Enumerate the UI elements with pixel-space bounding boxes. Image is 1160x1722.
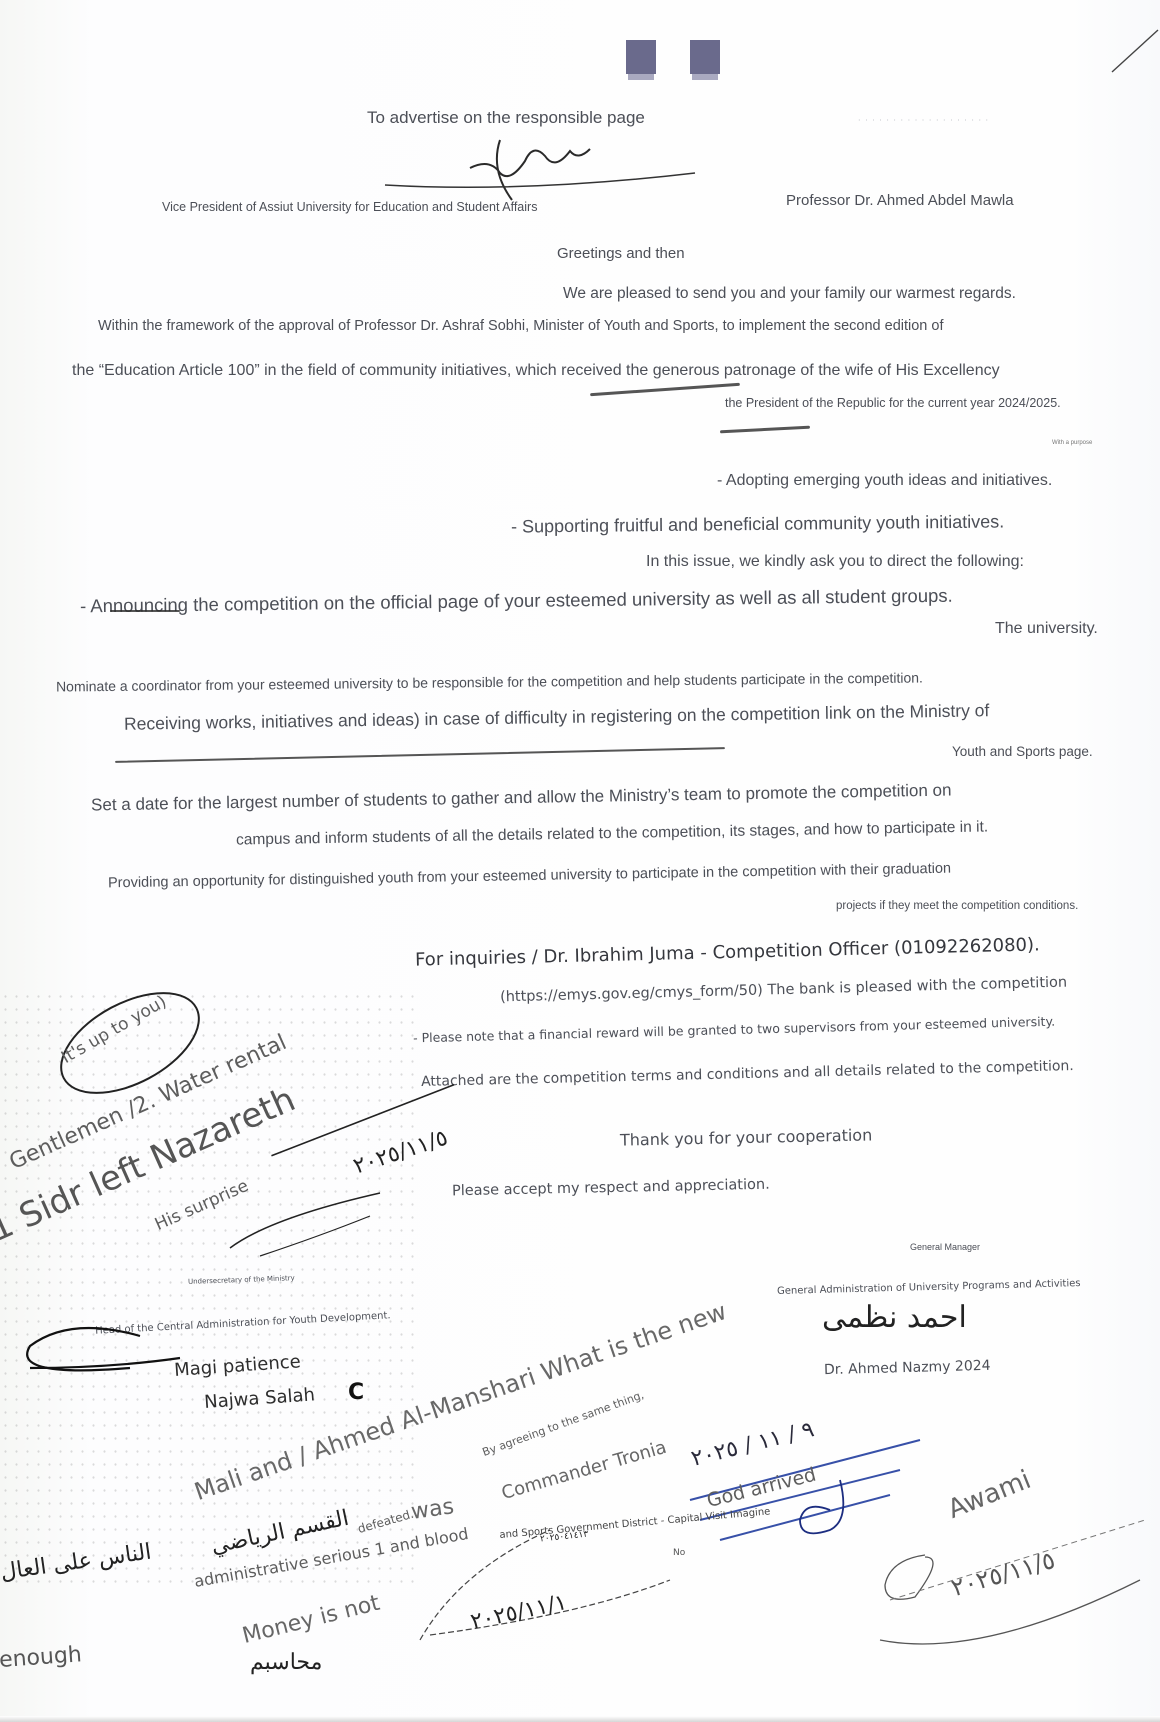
gm-title: General Manager [910, 1242, 980, 1252]
gm-handwritten-signature: ﺍﺣﻤﺪ ﻧﻈﻤﻰ [822, 1300, 967, 1335]
recipient-title: Vice President of Assiut University for … [162, 200, 537, 214]
annotation-no: No [673, 1548, 685, 1558]
inquiries-line: For inquiries / Dr. Ibrahim Juma - Compe… [415, 934, 1040, 970]
page-bottom-edge [0, 1716, 1160, 1722]
to-line: To advertise on the responsible page [367, 108, 645, 128]
request-date-line-2: campus and inform students of all the de… [236, 818, 988, 849]
request-announce: - Announcing the competition on the offi… [80, 585, 953, 618]
request-announce-tail: The university. [995, 620, 1098, 638]
annotation-commander: Commander Tronia [499, 1437, 669, 1504]
intro-line-2: the “Education Article 100” in the field… [72, 362, 1000, 380]
intro-line-1: Within the framework of the approval of … [98, 318, 943, 334]
annotation-sports-district: and Sports Government District - Capital… [499, 1506, 771, 1541]
annotation-awami: Awami [944, 1465, 1035, 1525]
annotation-money: Money is not [240, 1591, 382, 1649]
intro-line-3: the President of the Republic for the cu… [725, 396, 1061, 410]
link-line: (https://emys.gov.eg/cmys_form/50) The b… [500, 975, 1067, 1006]
request-receiving: Receiving works, initiatives and ideas) … [124, 700, 990, 735]
attached-line: Attached are the competition terms and c… [421, 1058, 1074, 1090]
ink-underline [110, 610, 180, 612]
gm-name: Dr. Ahmed Nazmy 2024 [824, 1358, 991, 1378]
recipient-name: Professor Dr. Ahmed Abdel Mawla [786, 192, 1014, 209]
annotation-was: was [410, 1494, 456, 1525]
ministry-logo-square-right-icon [690, 40, 720, 74]
respect-line: Please accept my respect and appreciatio… [452, 1177, 770, 1200]
request-opportunity-line-2: projects if they meet the competition co… [836, 900, 1078, 912]
handwritten-date-4: ٢٠٢٥/١١/١ [468, 1590, 569, 1635]
handwritten-arabic-signature: ﻣﺤﺎﺳﺒﻢ [250, 1650, 322, 1675]
reward-note: - Please note that a financial reward wi… [413, 1014, 1055, 1046]
request-date-line-1: Set a date for the largest number of stu… [91, 780, 952, 815]
request-receiving-tail: Youth and Sports page. [952, 744, 1093, 759]
ink-underline [115, 747, 725, 763]
handwritten-date-3: ٢٠٢٥/١١/٥ [948, 1546, 1058, 1602]
handwritten-date-2: ٩ / ١١ / ٢٠٢٥ [689, 1417, 817, 1472]
ministry-logo-square-left-icon [626, 40, 656, 74]
purpose-label: With a purpose [1052, 440, 1092, 446]
faint-header-stamp: · · · · · · · · · · · · · · · · · · · [858, 116, 989, 125]
ink-smudge [590, 383, 740, 396]
purpose-item-1: - Adopting emerging youth ideas and init… [717, 472, 1052, 490]
request-opportunity-line-1: Providing an opportunity for distinguish… [108, 861, 951, 892]
purpose-item-2: - Supporting fruitful and beneficial com… [511, 511, 1004, 537]
regards: We are pleased to send you and your fami… [563, 285, 1016, 303]
annotation-enough: enough [0, 1642, 83, 1673]
request-nominate: Nominate a coordinator from your esteeme… [56, 669, 923, 694]
thanks-line: Thank you for your cooperation [620, 1125, 873, 1149]
request-intro: In this issue, we kindly ask you to dire… [646, 553, 1024, 571]
scanned-letter-page: · · · · · · · · · · · · · · · · · · · To… [0, 0, 1160, 1722]
greeting: Greetings and then [557, 245, 685, 262]
annotation-god-arrived: God arrived [705, 1464, 819, 1512]
ink-smudge [720, 426, 810, 434]
annotation-c-mark: C [348, 1380, 364, 1405]
gm-department: General Administration of University Pro… [777, 1278, 1081, 1297]
